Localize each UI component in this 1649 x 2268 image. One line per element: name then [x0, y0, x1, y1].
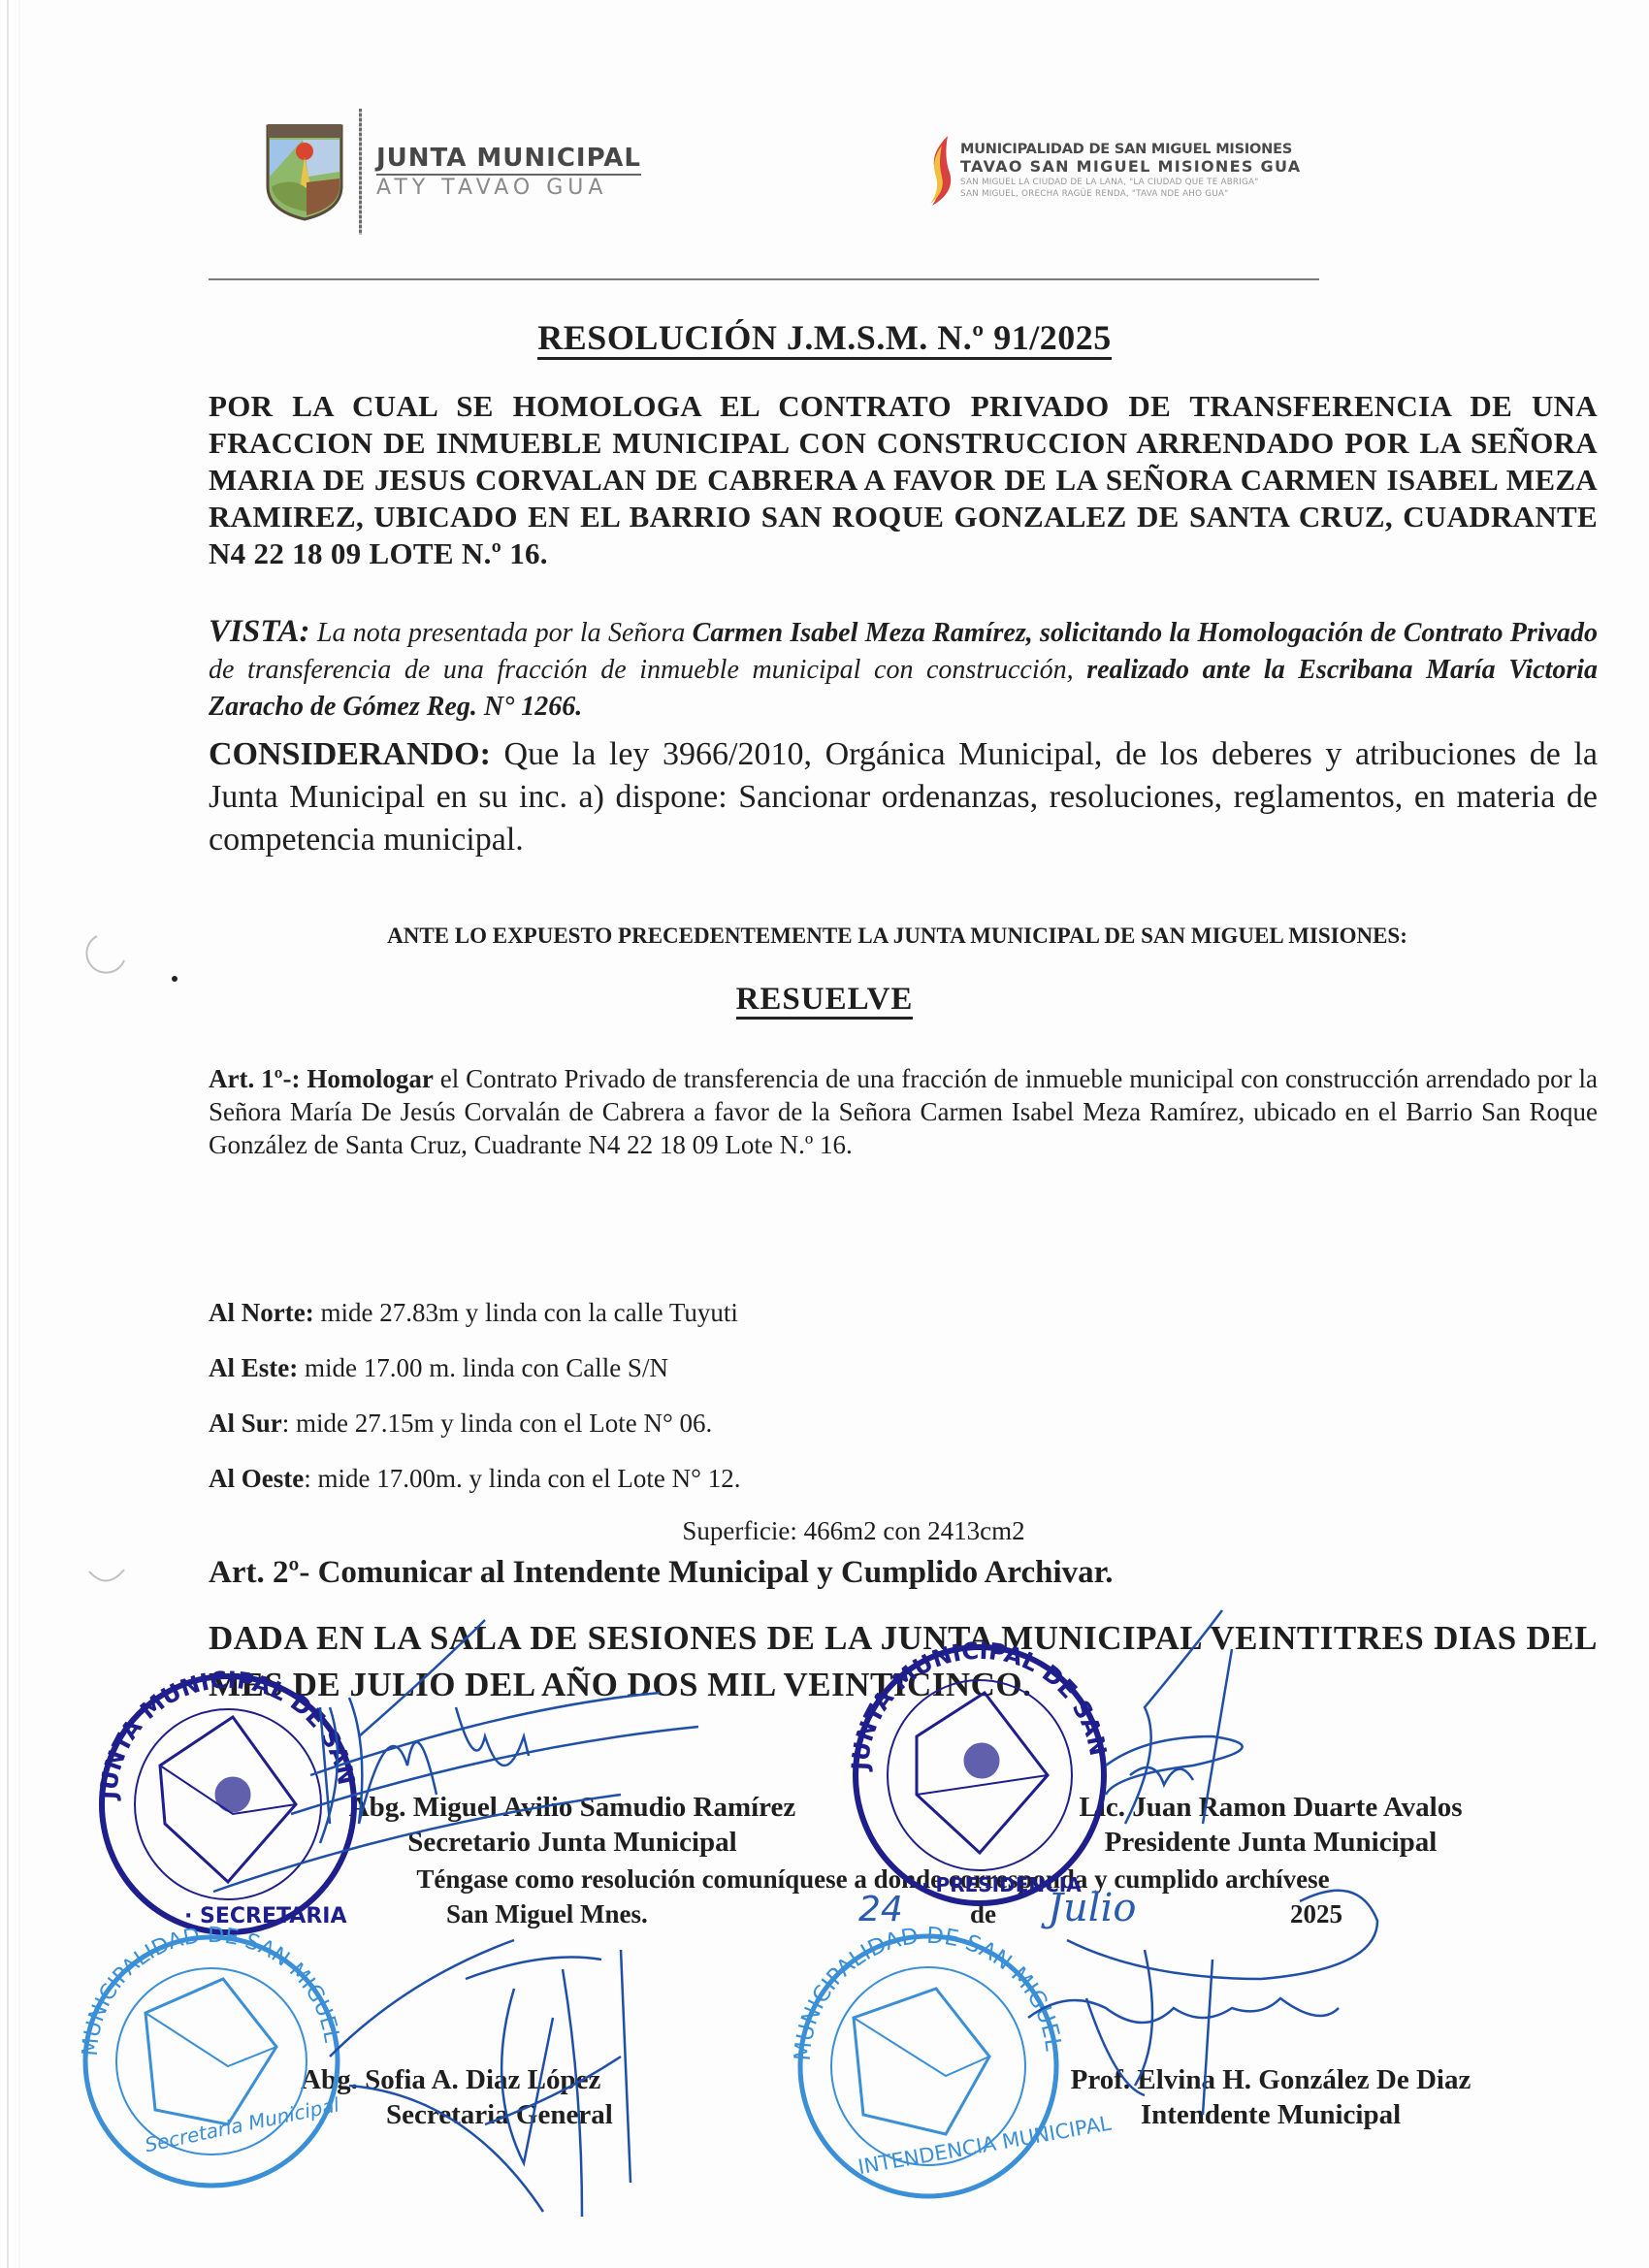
header-separator [209, 278, 1319, 280]
svg-text:JUNTA MUNICIPAL DE SAN MIGUEL: JUNTA MUNICIPAL DE SAN MIGUEL MISIONES [0, 0, 1113, 1772]
date-month-handwritten: Julio [1048, 1886, 1136, 1930]
signer-role: Secretario Junta Municipal [291, 1825, 854, 1860]
resolution-heading: POR LA CUAL SE HOMOLOGA EL CONTRATO PRIV… [209, 388, 1598, 572]
signature-secretario: Abg. Miguel Avilio Samudio Ramírez Secre… [291, 1790, 854, 1860]
resolution-title: RESOLUCIÓN J.M.S.M. N.º 91/2025 [0, 317, 1649, 358]
vista-text-1: La nota presentada por la Señora [310, 618, 693, 648]
signature-intendente: Prof. Elvina H. González De Diaz Intende… [1018, 2062, 1523, 2132]
svg-text:MUNICIPALIDAD DE SAN MIGUEL MI: MUNICIPALIDAD DE SAN MIGUEL MISIONES [0, 0, 1066, 2061]
boundary-label: Al Sur [209, 1409, 282, 1438]
boundary-south: Al Sur: mide 27.15m y linda con el Lote … [209, 1409, 712, 1439]
boundary-text: mide 27.83m y linda con la calle Tuyuti [314, 1298, 738, 1327]
boundary-text: mide 17.00 m. linda con Calle S/N [298, 1353, 668, 1382]
flame-logo-icon [926, 134, 955, 208]
svg-text:· SECRETARIA: · SECRETARIA [184, 1904, 346, 1928]
vista-text-2: de transferencia de una fracción de inmu… [209, 655, 1086, 685]
date-de: de [970, 1899, 996, 1929]
signer-name: Abg. Miguel Avilio Samudio Ramírez [291, 1790, 854, 1825]
surface-area: Superficie: 466m2 con 2413cm2 [0, 1516, 1649, 1546]
boundary-west: Al Oeste: mide 17.00m. y linda con el Lo… [209, 1464, 740, 1494]
boundary-label: Al Norte: [209, 1298, 314, 1327]
considerando-label: CONSIDERANDO: [209, 736, 491, 772]
municipalidad-slogan-1: SAN MIGUEL LA CIUDAD DE LA LANA, "LA CIU… [960, 178, 1259, 187]
signer-role: Intendente Municipal [1018, 2097, 1523, 2132]
signer-role: Presidente Junta Municipal [970, 1825, 1571, 1860]
ante-lo-expuesto: ANTE LO EXPUESTO PRECEDENTEMENTE LA JUNT… [194, 923, 1600, 949]
article-1: Art. 1º-: Homologar el Contrato Privado … [209, 1062, 1598, 1161]
boundary-label: Al Este: [209, 1353, 298, 1382]
vista-bold-1: Carmen Isabel Meza Ramírez, solicitando … [693, 618, 1598, 648]
date-city: San Miguel Mnes. [446, 1899, 648, 1929]
signer-name: Abg. Sofia A. Diaz López [301, 2062, 708, 2097]
date-year: 2025 [1290, 1899, 1342, 1929]
municipalidad-guarani-name: TAVAO SAN MIGUEL MISIONES GUA [960, 157, 1301, 176]
boundary-label: Al Oeste [209, 1464, 304, 1493]
municipal-crest-icon [264, 118, 345, 221]
junta-municipal-title: JUNTA MUNICIPAL [376, 144, 641, 176]
boundary-text: : mide 17.00m. y linda con el Lote N° 12… [304, 1464, 740, 1493]
vista-paragraph: VISTA: La nota presentada por la Señora … [209, 613, 1598, 726]
boundary-east: Al Este: mide 17.00 m. linda con Calle S… [209, 1353, 668, 1383]
boundary-text: : mide 27.15m y linda con el Lote N° 06. [282, 1409, 712, 1438]
signer-name: Prof. Elvina H. González De Diaz [1018, 2062, 1523, 2097]
resuelve-heading: RESUELVE [0, 982, 1649, 1018]
date-day-handwritten: 24 [858, 1890, 903, 1929]
signer-role: Secretaria General [301, 2097, 708, 2132]
resuelve-text: RESUELVE [736, 982, 914, 1020]
signer-name: Lic. Juan Ramon Duarte Avalos [970, 1790, 1571, 1825]
vista-label: VISTA: [209, 614, 310, 649]
considerando-paragraph: CONSIDERANDO: Que la ley 3966/2010, Orgá… [209, 733, 1598, 861]
svg-text:MUNICIPALIDAD DE SAN MIGUEL MI: MUNICIPALIDAD DE SAN MIGUEL MISIONES [0, 0, 344, 2057]
signature-secretaria-general: Abg. Sofia A. Diaz López Secretaria Gene… [301, 2062, 708, 2132]
resolution-title-text: RESOLUCIÓN J.M.S.M. N.º 91/2025 [537, 318, 1111, 360]
scan-artifact [86, 936, 124, 1581]
signature-presidente: Lic. Juan Ramon Duarte Avalos Presidente… [970, 1790, 1571, 1860]
municipalidad-slogan-2: SAN MIGUEL, ORECHA RAGÜE RENDA, "TAVA ND… [960, 189, 1228, 199]
dada-en-la-sala: DADA EN LA SALA DE SESIONES DE LA JUNTA … [209, 1615, 1598, 1708]
article-2: Art. 2º- Comunicar al Intendente Municip… [209, 1555, 1114, 1591]
junta-municipal-subtitle: ATY TAVAO GUA [376, 176, 607, 200]
boundary-north: Al Norte: mide 27.83m y linda con la cal… [209, 1298, 738, 1328]
article-1-label: Art. 1º-: Homologar [209, 1064, 434, 1093]
header-divider [359, 109, 362, 235]
municipalidad-name: MUNICIPALIDAD DE SAN MIGUEL MISIONES [960, 142, 1292, 157]
